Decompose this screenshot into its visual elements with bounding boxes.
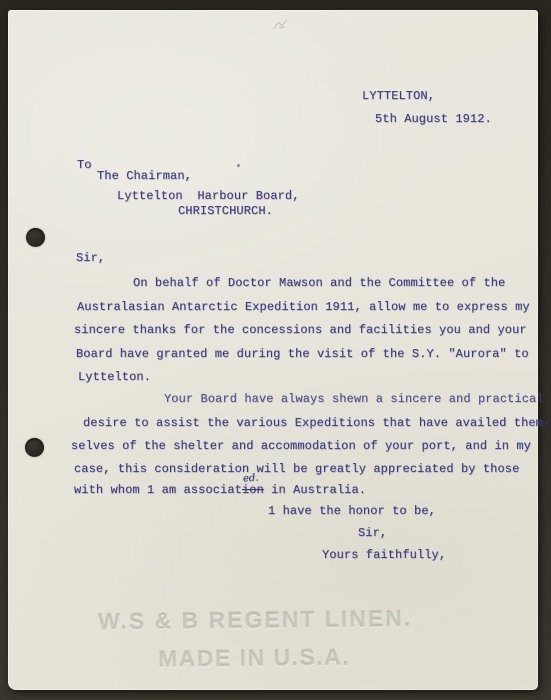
body-line: sincere thanks for the concessions and f…	[74, 323, 527, 337]
body-line: selves of the shelter and accommodation …	[71, 439, 531, 453]
body-line: case, this consideration will be greatly…	[74, 462, 519, 476]
body-line: desire to assist the various Expeditions…	[83, 416, 550, 430]
handwritten-correction: ed.	[242, 471, 258, 486]
body-line-prefix: with whom 1 am associat	[74, 483, 242, 497]
letter-date: 5th August 1912.	[375, 112, 492, 126]
pencil-mark	[271, 17, 293, 33]
punch-hole	[26, 228, 45, 247]
recipient-line: Lyttelton Harbour Board,	[117, 189, 300, 203]
paper-watermark-line1: W.S & B REGENT LINEN.	[98, 605, 412, 635]
body-line: Your Board have always shewn a sincere a…	[164, 392, 544, 406]
body-line: Australasian Antarctic Expedition 1911, …	[77, 300, 530, 314]
paper-watermark-line2: MADE IN U.S.A.	[158, 644, 351, 673]
closing-line: Sir,	[358, 526, 387, 540]
recipient-line: The Chairman,	[97, 169, 192, 183]
scanned-letter-screenshot: LYTTELTON, 5th August 1912. To The Chair…	[0, 0, 551, 700]
body-line: On behalf of Doctor Mawson and the Commi…	[133, 276, 505, 290]
body-line-suffix: in Australia.	[264, 483, 366, 497]
closing-line: Yours faithfully,	[322, 548, 446, 562]
recipient-line: CHRISTCHURCH.	[178, 204, 273, 218]
struck-text: ioned.	[242, 483, 264, 497]
salutation: Sir,	[76, 251, 105, 265]
ink-dot	[237, 164, 240, 167]
punch-hole	[25, 438, 44, 457]
body-line-with-correction: with whom 1 am associationed. in Austral…	[74, 483, 366, 497]
letter-place: LYTTELTON,	[362, 89, 435, 103]
closing-line: 1 have the honor to be,	[268, 504, 436, 518]
recipient-to: To	[77, 158, 92, 172]
body-line: Lyttelton.	[78, 370, 151, 384]
body-line: Board have granted me during the visit o…	[76, 347, 529, 361]
